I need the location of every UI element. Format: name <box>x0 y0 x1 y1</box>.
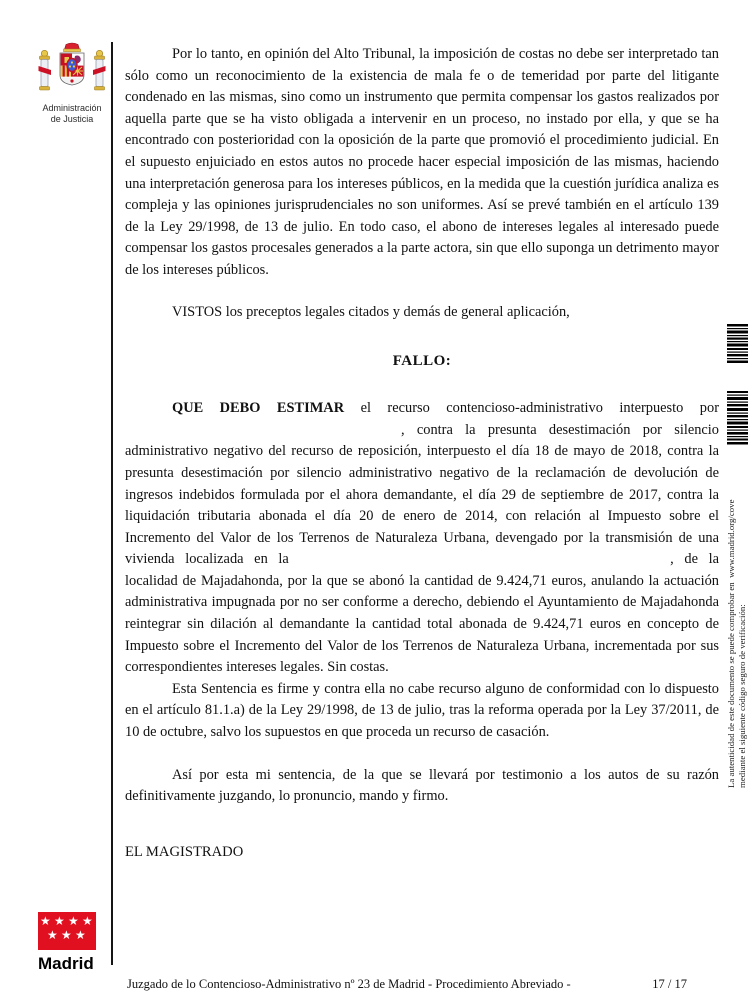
page-footer: Juzgado de lo Contencioso-Administrativo… <box>127 977 687 992</box>
verification-barcode-bottom-icon <box>727 391 748 445</box>
fallo-seg2: , contra la presunta desestimación por s… <box>125 422 719 568</box>
footer-page-number: 17 / 17 <box>652 977 687 992</box>
left-margin-divider <box>111 42 113 965</box>
star-icon: ★ <box>40 915 51 927</box>
fallo-heading: FALLO: <box>125 353 719 370</box>
star-icon: ★ <box>47 929 58 941</box>
document-page: Administración de Justicia Por lo tanto,… <box>0 0 750 997</box>
spain-coat-of-arms-icon <box>38 42 106 100</box>
fallo-seg3: , de la localidad de Majadahonda, por la… <box>125 551 719 675</box>
redacted-address-part2 <box>550 561 670 563</box>
signature-line: EL MAGISTRADO <box>125 842 719 864</box>
star-icon: ★ <box>68 915 79 927</box>
footer-court-name: Juzgado de lo Contencioso-Administrativo… <box>127 977 571 992</box>
paragraph-costas: Por lo tanto, en opinión del Alto Tribun… <box>125 44 719 282</box>
verification-notice-vertical-text: La autenticidad de este documento se pue… <box>726 448 748 788</box>
star-icon: ★ <box>61 929 72 941</box>
logo-caption-line2: de Justicia <box>33 114 111 125</box>
verification-notice-line2: mediante el siguiente código seguro de v… <box>737 448 748 788</box>
paragraph-firmeza: Esta Sentencia es firme y contra ella no… <box>125 679 719 744</box>
verification-barcode-top-icon <box>727 324 748 363</box>
logo-caption-line1: Administración <box>33 103 111 114</box>
redacted-address-part1 <box>299 561 539 563</box>
fallo-lead-bold: QUE DEBO ESTIMAR <box>172 400 344 416</box>
verification-notice-line1: La autenticidad de este documento se pue… <box>726 448 737 788</box>
judgment-body: Por lo tanto, en opinión del Alto Tribun… <box>125 44 719 863</box>
star-icon: ★ <box>82 915 93 927</box>
madrid-flag-icon: ★ ★ ★ ★ ★ ★ ★ <box>38 912 96 950</box>
madrid-logo-label: Madrid <box>38 954 98 974</box>
star-icon: ★ <box>54 915 65 927</box>
paragraph-vistos: VISTOS los preceptos legales citados y d… <box>125 302 719 324</box>
redacted-claimant-name <box>125 432 401 434</box>
fallo-seg1: el recurso contencioso-administrativo in… <box>344 400 719 416</box>
comunidad-de-madrid-logo: ★ ★ ★ ★ ★ ★ ★ Madrid <box>38 912 98 974</box>
star-icon: ★ <box>75 929 86 941</box>
paragraph-pronunciamiento: Así por esta mi sentencia, de la que se … <box>125 765 719 808</box>
justice-administration-logo: Administración de Justicia <box>33 42 111 125</box>
paragraph-fallo: QUE DEBO ESTIMAR el recurso contencioso-… <box>125 398 719 679</box>
